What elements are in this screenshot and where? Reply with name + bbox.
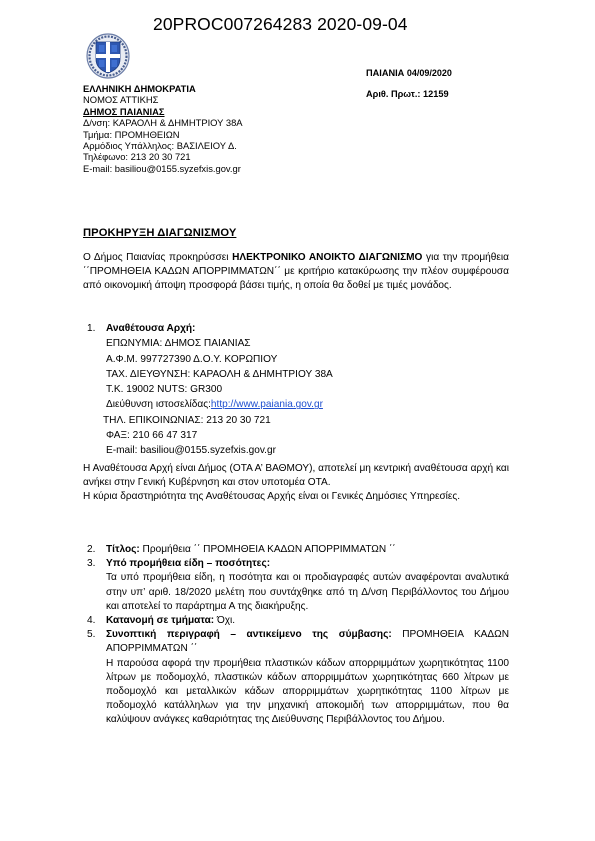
- item-label: Κατανομή σε τμήματα:: [106, 615, 214, 626]
- issuer-officer: Αρμόδιος Υπάλληλος: ΒΑΣΙΛΕΙΟΥ Δ.: [83, 140, 243, 151]
- item-body: Τα υπό προμήθεια είδη, η ποσότητα και οι…: [106, 571, 509, 614]
- authority-paragraph: Η κύρια δραστηριότητα της Αναθέτουσας Αρ…: [83, 490, 509, 504]
- place-date: ΠΑΙΑΝΙΑ 04/09/2020: [366, 68, 452, 78]
- authority-phone: ΤΗΛ. ΕΠΙΚΟΙΝΩΝΙΑΣ: 213 20 30 721: [103, 413, 509, 428]
- issuer-phone: Τηλέφωνο: 213 20 30 721: [83, 151, 243, 162]
- list-item-goods: 3. Υπό προμήθεια είδη – ποσότητες: Τα υπ…: [83, 557, 509, 614]
- list-item-description: 5. Συνοπτική περιγραφή – αντικείμενο της…: [83, 628, 509, 727]
- document-title: ΠΡΟΚΗΡΥΞΗ ΔΙΑΓΩΝΙΣΜΟΥ: [83, 227, 236, 239]
- tender-items: 2. Τίτλος: Προμήθεια ΄΄ ΠΡΟΜΗΘΕΙΑ ΚΑΔΩΝ …: [83, 543, 509, 728]
- authority-website: Διεύθυνση ιστοσελίδας:http://www.paiania…: [106, 397, 509, 412]
- intro-bold: ΗΛΕΚΤΡΟΝΙΚΟ ΑΝΟΙΚΤΟ ΔΙΑΓΩΝΙΣΜΟ: [232, 252, 422, 263]
- item-number: 3.: [87, 557, 95, 571]
- intro-paragraph: Ο Δήμος Παιανίας προκηρύσσει ΗΛΕΚΤΡΟΝΙΚΟ…: [83, 251, 509, 294]
- document-meta: ΠΑΙΑΝΙΑ 04/09/2020 Αριθ. Πρωτ.: 12159: [366, 68, 452, 99]
- item-label: Αναθέτουσα Αρχή:: [106, 323, 195, 334]
- item-label: Τίτλος:: [106, 544, 140, 555]
- place: ΠΑΙΑΝΙΑ: [366, 68, 404, 78]
- item-text: Προμήθεια ΄΄ ΠΡΟΜΗΘΕΙΑ ΚΑΔΩΝ ΑΠΟΡΡΙΜΜΑΤΩ…: [140, 544, 396, 555]
- authority-details: ΕΠΩΝΥΜΙΑ: ΔΗΜΟΣ ΠΑΙΑΝΙΑΣ Α.Φ.Μ. 99772739…: [106, 336, 509, 458]
- item-text: Όχι.: [214, 615, 235, 626]
- date: 04/09/2020: [407, 68, 452, 78]
- item-number: 2.: [87, 543, 95, 557]
- issuer-address: Δ/νση: ΚΑΡΑΟΛΗ & ΔΗΜΗΤΡΙΟΥ 38Α: [83, 117, 243, 128]
- authority-postal-address: ΤΑΧ. ΔΙΕΥΘΥΝΣΗ: ΚΑΡΑΟΛΗ & ΔΗΜΗΤΡΙΟΥ 38Α: [106, 367, 509, 382]
- list-item-lots: 4. Κατανομή σε τμήματα: Όχι.: [83, 614, 509, 628]
- document-page: 20PROC007264283 2020-09-04 ΕΛΛΗΝΙΚΗ ΔΗΜΟ…: [0, 0, 595, 841]
- issuer-municipality: ΔΗΜΟΣ ΠΑΙΑΝΙΑΣ: [83, 106, 243, 117]
- contracting-authority-section: 1. Αναθέτουσα Αρχή: ΕΠΩΝΥΜΙΑ: ΔΗΜΟΣ ΠΑΙΑ…: [83, 322, 509, 459]
- authority-paragraph: Η Αναθέτουσα Αρχή είναι Δήμος (ΟΤΑ Α’ ΒΑ…: [83, 462, 509, 490]
- document-id: 20PROC007264283 2020-09-04: [153, 14, 408, 35]
- protocol-label: Αριθ. Πρωτ.:: [366, 89, 420, 99]
- website-link[interactable]: http://www.paiania.gov.gr: [211, 399, 323, 410]
- authority-vat: Α.Φ.Μ. 997727390 Δ.Ο.Υ. ΚΟΡΩΠΙΟΥ: [106, 352, 509, 367]
- intro-text-1: Ο Δήμος Παιανίας προκηρύσσει: [83, 252, 232, 263]
- authority-email: E-mail: basiliou@0155.syzefxis.gov.gr: [106, 443, 509, 458]
- authority-description: Η Αναθέτουσα Αρχή είναι Δήμος (ΟΤΑ Α’ ΒΑ…: [83, 462, 509, 505]
- authority-postcode: Τ.Κ. 19002 NUTS: GR300: [106, 382, 509, 397]
- item-number: 1.: [87, 322, 95, 336]
- item-body: Η παρούσα αφορά την προμήθεια πλαστικών …: [106, 657, 509, 728]
- issuer-block: ΕΛΛΗΝΙΚΗ ΔΗΜΟΚΡΑΤΙΑ ΝΟΜΟΣ ΑΤΤΙΚΗΣ ΔΗΜΟΣ …: [83, 83, 243, 174]
- authority-name: ΕΠΩΝΥΜΙΑ: ΔΗΜΟΣ ΠΑΙΑΝΙΑΣ: [106, 336, 509, 351]
- list-item: 1. Αναθέτουσα Αρχή: ΕΠΩΝΥΜΙΑ: ΔΗΜΟΣ ΠΑΙΑ…: [83, 322, 509, 459]
- greek-coat-of-arms-icon: [86, 33, 130, 79]
- protocol-number: Αριθ. Πρωτ.: 12159: [366, 89, 452, 99]
- item-number: 5.: [87, 628, 95, 642]
- issuer-email: E-mail: basiliou@0155.syzefxis.gov.gr: [83, 163, 243, 174]
- protocol-value: 12159: [423, 89, 449, 99]
- issuer-department: Τμήμα: ΠΡΟΜΗΘΕΙΩΝ: [83, 129, 243, 140]
- authority-fax: ΦΑΞ: 210 66 47 317: [106, 428, 509, 443]
- item-label: Υπό προμήθεια είδη – ποσότητες:: [106, 558, 270, 569]
- item-number: 4.: [87, 614, 95, 628]
- list-item-title: 2. Τίτλος: Προμήθεια ΄΄ ΠΡΟΜΗΘΕΙΑ ΚΑΔΩΝ …: [83, 543, 509, 557]
- website-label: Διεύθυνση ιστοσελίδας:: [106, 399, 211, 410]
- item-label: Συνοπτική περιγραφή – αντικείμενο της σύ…: [106, 629, 392, 640]
- issuer-country: ΕΛΛΗΝΙΚΗ ΔΗΜΟΚΡΑΤΙΑ: [83, 83, 243, 94]
- issuer-prefecture: ΝΟΜΟΣ ΑΤΤΙΚΗΣ: [83, 94, 243, 105]
